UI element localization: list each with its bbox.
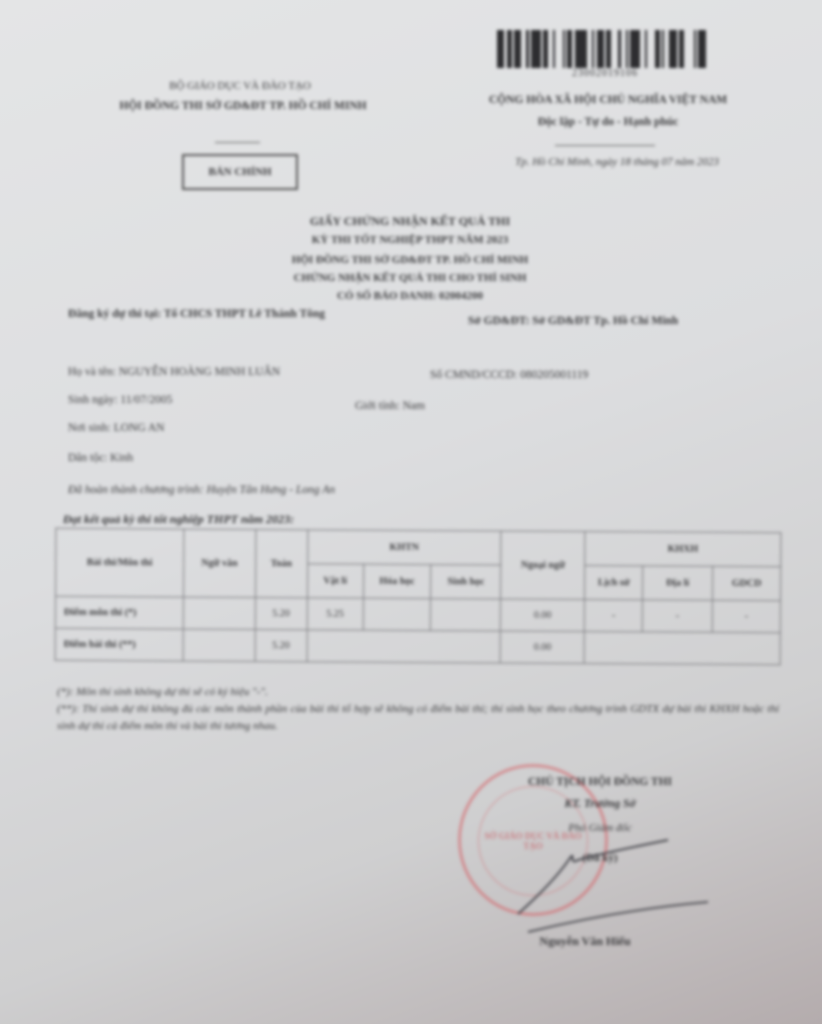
cell-khxh-total — [584, 632, 780, 665]
candidate-birthplace: Nơi sinh: LONG AN — [68, 422, 165, 434]
cell-khtn-total — [307, 630, 501, 663]
header-literature: Ngữ văn — [183, 529, 255, 597]
header-chemistry: Hóa học — [363, 564, 431, 598]
barcode-bar — [698, 30, 705, 68]
cell-literature — [183, 629, 255, 661]
header-khxh: KHXH — [585, 532, 781, 567]
signer-title: Phó Giám đốc — [470, 822, 730, 834]
certificate-document: 23002019106 BỘ GIÁO DỤC VÀ ĐÀO TẠO HỘI Đ… — [0, 0, 822, 1024]
candidate-id-number: Số CMND/CCCD: 080205001119 — [430, 369, 588, 381]
republic-heading: CỘNG HÒA XÃ HỘI CHỦ NGHĨA VIỆT NAM — [432, 94, 784, 106]
cell-history: - — [585, 600, 643, 632]
cell-physics: 5.25 — [307, 598, 363, 630]
barcode — [497, 30, 711, 68]
barcode-number: 23002019106 — [520, 68, 690, 79]
ministry-heading: BỘ GIÁO DỤC VÀ ĐÀO TẠO — [60, 80, 420, 92]
header-subject: Bài thi/Môn thi — [55, 528, 183, 597]
score-table: Bài thi/Môn thi Ngữ văn Toán KHTN Ngoại … — [55, 528, 782, 665]
cell-math: 5.20 — [255, 630, 307, 662]
header-math: Toán — [255, 530, 307, 598]
header-foreign-language: Ngoại ngữ — [501, 531, 585, 600]
cell-chemistry — [363, 598, 431, 630]
barcode-bar — [555, 30, 562, 68]
barcode-bar — [706, 30, 711, 68]
header-physics: Vật lí — [307, 564, 363, 598]
table-row: Điểm bài thi (**) 5.20 0.00 — [55, 628, 780, 664]
issue-date: Tp. Hồ Chí Minh, ngày 18 tháng 07 năm 20… — [452, 156, 782, 168]
row-label: Điểm môn thi (*) — [55, 596, 183, 629]
candidate-number: CÓ SỐ BÁO DANH: 02004200 — [200, 290, 620, 302]
cell-foreign-language: 0.00 — [501, 599, 585, 632]
council-name: HỘI ĐỒNG THI SỞ GD&ĐT TP. HỒ CHÍ MINH — [200, 254, 620, 266]
signer-name: Nguyễn Văn Hiếu — [470, 934, 700, 949]
barcode-bar — [531, 30, 541, 68]
barcode-bar — [597, 30, 604, 68]
barcode-bar — [497, 30, 504, 68]
cell-literature — [183, 597, 255, 629]
table-row: Điểm môn thi (*) 5.20 5.25 0.00 - - - — [55, 596, 780, 632]
exam-name: KỲ THI TỐT NGHIỆP THPT NĂM 2023 — [200, 234, 620, 246]
cell-foreign-language: 0.00 — [500, 631, 584, 664]
candidate-ethnicity: Dân tộc: Kinh — [68, 452, 133, 464]
cell-biology — [431, 599, 501, 631]
document-title: GIẤY CHỨNG NHẬN KẾT QUẢ THI — [200, 214, 620, 229]
barcode-bar — [684, 30, 694, 68]
candidate-school: Đã hoàn thành chương trình: Huyện Tân Hư… — [68, 484, 335, 496]
header-geography: Địa lí — [643, 566, 713, 600]
barcode-bar — [647, 30, 654, 68]
header-history: Lịch sử — [585, 566, 643, 600]
signer-role: KT. Trưởng Sở — [470, 798, 730, 810]
footnotes: (*): Môn thí sinh không dự thi sẽ có ký … — [57, 684, 779, 735]
council-heading: HỘI ĐỒNG THI SỞ GD&ĐT TP. HỒ CHÍ MINH — [58, 100, 428, 112]
divider — [555, 145, 655, 146]
header-civics: GDCD — [713, 566, 781, 600]
registration-department: Sở GD&ĐT: Sở GD&ĐT Tp. Hồ Chí Minh — [468, 312, 748, 330]
header-khtn: KHTN — [307, 530, 501, 565]
candidate-gender: Giới tính: Nam — [355, 400, 425, 412]
cell-geography: - — [642, 600, 712, 632]
signer-organization: CHỦ TỊCH HỘI ĐỒNG THI — [470, 776, 730, 788]
candidate-dob: Sinh ngày: 11/07/2005 — [68, 394, 172, 406]
handwritten-signature — [498, 836, 718, 936]
barcode-bar — [669, 30, 676, 68]
registration-place: Đăng ký dự thi tại: Tổ CHCS THPT Lê Thán… — [68, 308, 468, 320]
national-motto: Độc lập - Tự do - Hạnh phúc — [432, 116, 784, 128]
cell-math: 5.20 — [255, 598, 307, 630]
header-biology: Sinh học — [431, 565, 501, 599]
certification-line: CHỨNG NHẬN KẾT QUẢ THI CHO THÍ SINH — [200, 272, 620, 284]
original-copy-stamp: BẢN CHÍNH — [182, 154, 298, 190]
divider — [215, 142, 260, 143]
cell-civics: - — [712, 600, 780, 632]
result-heading: Đạt kết quả kỳ thi tốt nghiệp THPT năm 2… — [63, 512, 294, 527]
barcode-bar — [514, 30, 521, 68]
barcode-bar — [630, 30, 640, 68]
row-label: Điểm bài thi (**) — [55, 628, 183, 661]
barcode-bar — [575, 30, 587, 68]
footnote-2: (**): Thí sinh dự thi không đủ các môn t… — [57, 701, 779, 735]
footnote-1: (*): Môn thí sinh không dự thi sẽ có ký … — [57, 684, 779, 701]
barcode-bar — [611, 30, 618, 68]
candidate-name: Họ và tên: NGUYỄN HOÀNG MINH LUÂN — [68, 366, 280, 378]
